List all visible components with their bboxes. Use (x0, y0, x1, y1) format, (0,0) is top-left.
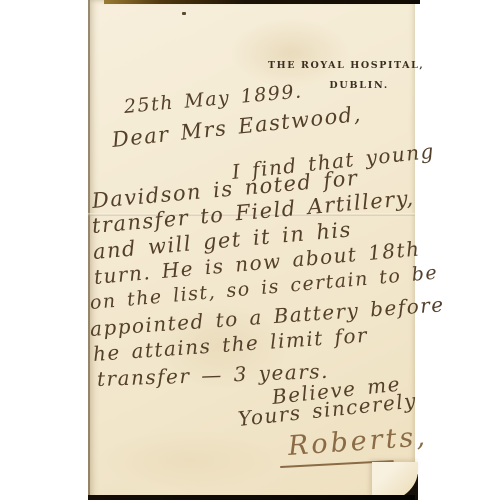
letter-photo: THE ROYAL HOSPITAL, DUBLIN. 25th May 189… (0, 0, 500, 500)
top-binding-edge (104, 0, 420, 4)
paper-speck (182, 12, 186, 15)
letterhead-line1: THE ROYAL HOSPITAL, (268, 60, 396, 71)
bottom-binding-edge (88, 495, 415, 500)
